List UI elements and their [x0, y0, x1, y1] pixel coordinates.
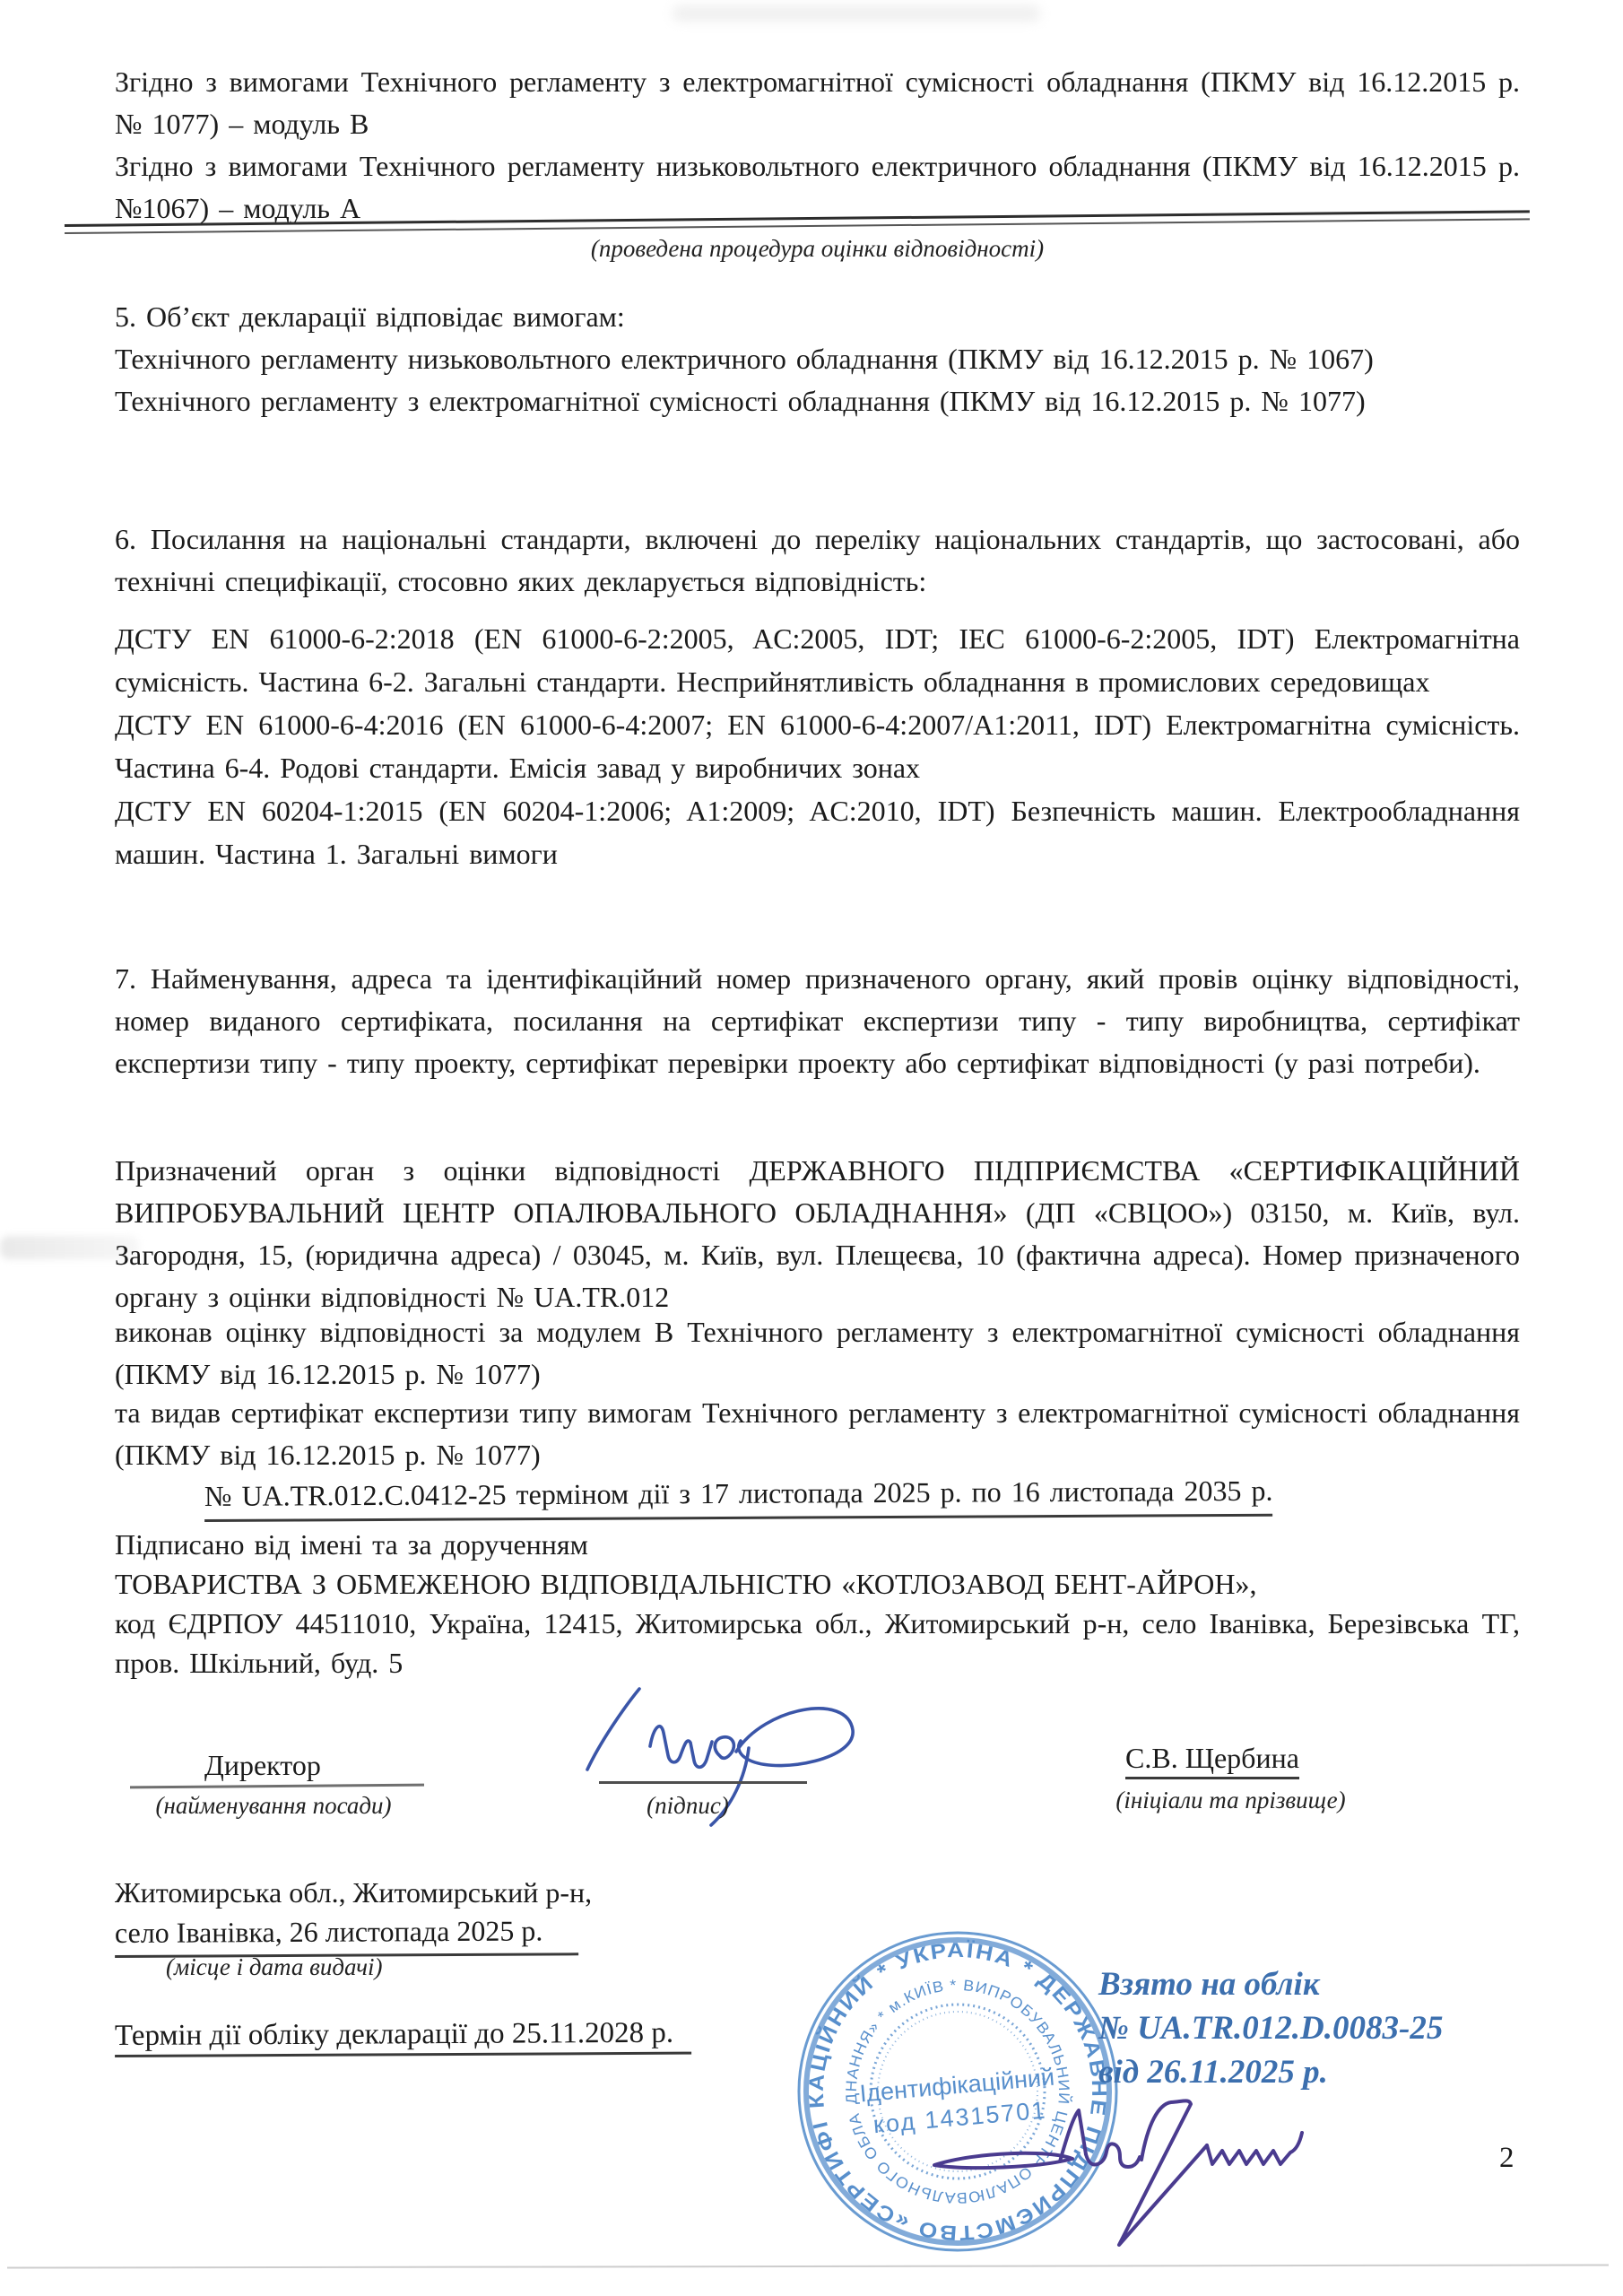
section-6-standards: ДСТУ EN 61000-6-2:2018 (EN 61000-6-2:200… — [115, 617, 1520, 875]
section-5: 5. Об’єкт декларації відповідає вимогам:… — [115, 296, 1520, 422]
registrar-signature-strokes — [934, 2100, 1302, 2245]
signature-caption: (підпис) — [594, 1792, 782, 1820]
issue-line2: село Іванівка, 26 листопада 2025 р. — [115, 1910, 579, 1958]
registration-note: Взято на облік № UA.TR.012.D.0083-25 від… — [1098, 1962, 1443, 2094]
company-name: ТОВАРИСТВА З ОБМЕЖЕНОЮ ВІДПОВІДАЛЬНІСТЮ … — [115, 1564, 1520, 1604]
signer-name: С.В. Щербина — [1125, 1742, 1299, 1779]
certificate-number-line: № UA.TR.012.C.0412-25 терміном дії з 17 … — [204, 1475, 1520, 1522]
document-page: Згідно з вимогами Технічного регламенту … — [0, 0, 1623, 2296]
page-number: 2 — [1499, 2142, 1515, 2175]
standard-dstu-61000-6-4: ДСТУ EN 61000-6-4:2016 (EN 61000-6-4:200… — [115, 703, 1520, 789]
signature-underline — [599, 1781, 807, 1784]
certificate-issue-paragraph: та видав сертифікат експертизи типу вимо… — [115, 1392, 1520, 1476]
module-b-paragraph: виконав оцінку відповідності за модулем … — [115, 1311, 1520, 1396]
regulation-paragraph-emc: Згідно з вимогами Технічного регламенту … — [115, 61, 1520, 145]
position-underline — [130, 1784, 424, 1789]
section-5-item1: Технічного регламенту низьковольтного ел… — [115, 338, 1520, 380]
issue-place-block: Житомирська обл., Житомирський р-н, село… — [115, 1873, 592, 1958]
registration-line1: Взято на облік — [1098, 1962, 1443, 2006]
position-title: Директор — [204, 1749, 321, 1782]
registrar-signature — [924, 2081, 1497, 2269]
scan-smudge-top — [673, 5, 1040, 22]
certificate-number-text: № UA.TR.012.C.0412-25 терміном дії з 17 … — [204, 1470, 1273, 1522]
section-6-intro: 6. Посилання на національні стандарти, в… — [115, 518, 1520, 603]
signed-intro: Підписано від імені та за дорученням — [115, 1525, 1520, 1564]
standard-dstu-60204-1: ДСТУ EN 60204-1:2015 (EN 60204-1:2006; A… — [115, 789, 1520, 875]
section-5-title: 5. Об’єкт декларації відповідає вимогам: — [115, 296, 1520, 338]
regulation-top-block: Згідно з вимогами Технічного регламенту … — [115, 61, 1520, 230]
standard-dstu-61000-6-2: ДСТУ EN 61000-6-2:2018 (EN 61000-6-2:200… — [115, 617, 1520, 703]
issue-caption: (місце і дата видачі) — [166, 1953, 383, 1981]
position-caption: (найменування посади) — [126, 1792, 421, 1820]
assessment-caption: (проведена процедура оцінки відповідност… — [115, 235, 1520, 263]
signer-name-caption: (ініціали та прізвище) — [1103, 1787, 1358, 1814]
section-7: 7. Найменування, адреса та ідентифікацій… — [115, 958, 1520, 1084]
designated-body-paragraph: Призначений орган з оцінки відповідності… — [115, 1150, 1520, 1318]
validity-line: Термін дії обліку декларації до 25.11.20… — [115, 2020, 691, 2057]
section-5-item2: Технічного регламенту з електромагнітної… — [115, 380, 1520, 422]
issue-line1: Житомирська обл., Житомирський р-н, — [115, 1873, 592, 1913]
registration-line2: № UA.TR.012.D.0083-25 — [1098, 2006, 1443, 2050]
